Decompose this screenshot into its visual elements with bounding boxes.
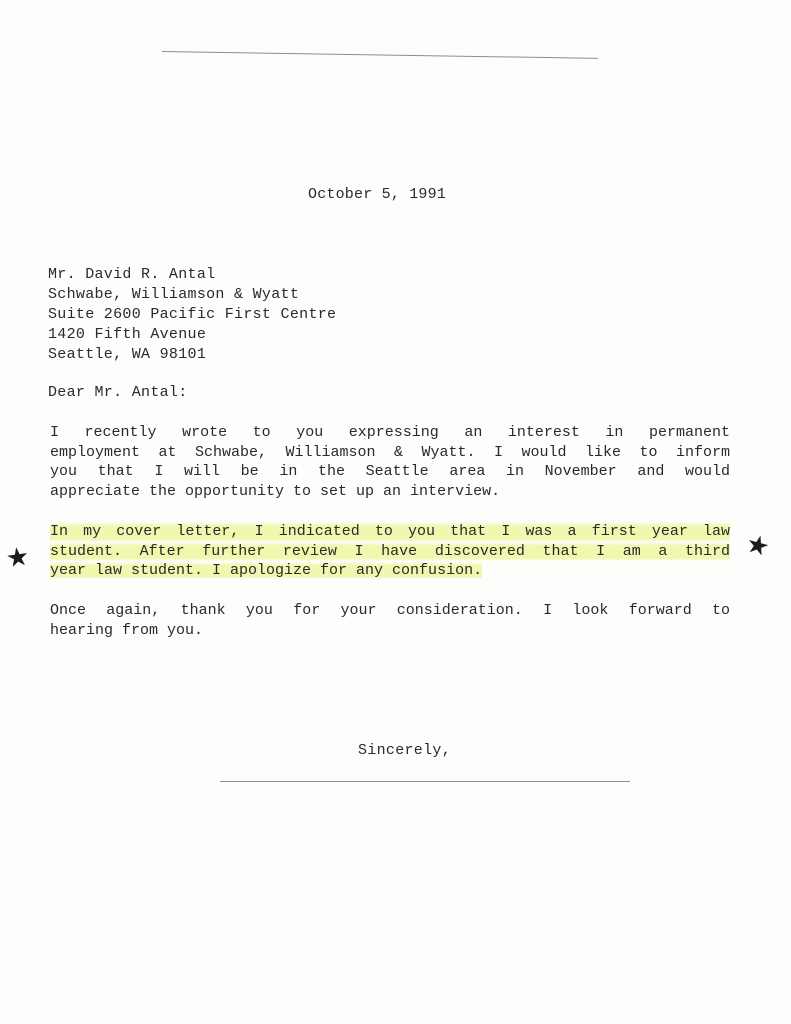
paragraph-correction-highlighted: In my cover letter, I indicated to you t… xyxy=(50,522,730,581)
paragraph-line: appreciate the opportunity to set up an … xyxy=(50,482,730,502)
recipient-address: Mr. David R. Antal Schwabe, Williamson &… xyxy=(48,265,336,365)
letterhead-rule xyxy=(162,51,598,59)
highlighted-line: student. After further review I have dis… xyxy=(50,542,730,562)
signature-line xyxy=(220,781,630,782)
recipient-city: Seattle, WA 98101 xyxy=(48,345,336,365)
highlighted-line: year law student. I apologize for any co… xyxy=(50,561,730,581)
paragraph-line: employment at Schwabe, Williamson & Wyat… xyxy=(50,443,730,463)
paragraph-interview-request: I recently wrote to you expressing an in… xyxy=(50,423,730,501)
closing: Sincerely, xyxy=(358,742,451,759)
paragraph-line: I recently wrote to you expressing an in… xyxy=(50,423,730,443)
recipient-name: Mr. David R. Antal xyxy=(48,265,336,285)
recipient-suite: Suite 2600 Pacific First Centre xyxy=(48,305,336,325)
letter-date: October 5, 1991 xyxy=(308,186,446,203)
paragraph-line: hearing from you. xyxy=(50,621,730,641)
star-icon: ★ xyxy=(743,530,772,561)
highlighted-line: In my cover letter, I indicated to you t… xyxy=(50,522,730,542)
paragraph-line: you that I will be in the Seattle area i… xyxy=(50,462,730,482)
recipient-street: 1420 Fifth Avenue xyxy=(48,325,336,345)
paragraph-line: Once again, thank you for your considera… xyxy=(50,601,730,621)
recipient-firm: Schwabe, Williamson & Wyatt xyxy=(48,285,336,305)
paragraph-thanks: Once again, thank you for your considera… xyxy=(50,601,730,640)
salutation: Dear Mr. Antal: xyxy=(48,384,188,401)
star-icon: ★ xyxy=(4,544,31,573)
highlight-mark: year law student. I apologize for any co… xyxy=(50,562,482,579)
